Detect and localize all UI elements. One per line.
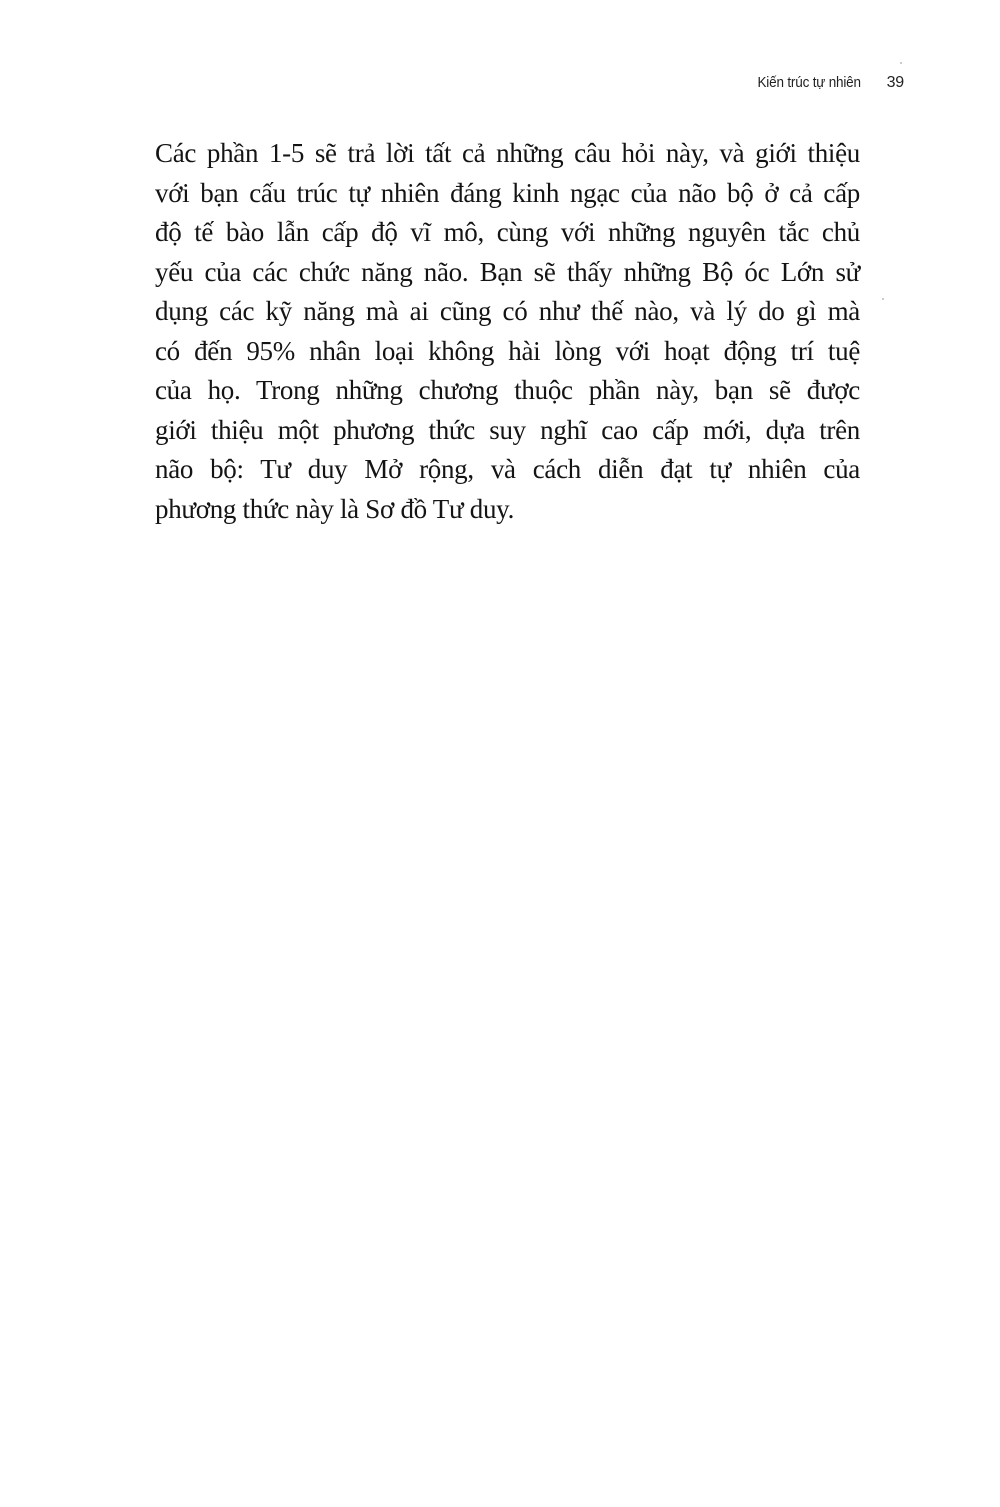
body-paragraph: Các phần 1-5 sẽ trả lời tất cả những câu… bbox=[155, 134, 860, 529]
running-header: Kiến trúc tự nhiên 39 bbox=[746, 74, 904, 92]
paragraph-line: của họ. Trong những chương thuộc phần nà… bbox=[155, 371, 860, 411]
scan-speck bbox=[882, 298, 884, 300]
paragraph-line-last: phương thức này là Sơ đồ Tư duy. bbox=[155, 490, 860, 530]
paragraph-line-text: dụng các kỹ năng mà ai cũng có như thế n… bbox=[155, 292, 860, 332]
paragraph-line: dụng các kỹ năng mà ai cũng có như thế n… bbox=[155, 292, 860, 332]
paragraph-line-text: của họ. Trong những chương thuộc phần nà… bbox=[155, 371, 860, 411]
paragraph-line-text: Các phần 1-5 sẽ trả lời tất cả những câu… bbox=[155, 134, 860, 174]
paragraph-line-text: với bạn cấu trúc tự nhiên đáng kinh ngạc… bbox=[155, 174, 860, 214]
paragraph-line: có đến 95% nhân loại không hài lòng với … bbox=[155, 332, 860, 372]
scan-speck bbox=[900, 62, 902, 64]
paragraph-line: yếu của các chức năng não. Bạn sẽ thấy n… bbox=[155, 253, 860, 293]
paragraph-line: não bộ: Tư duy Mở rộng, và cách diễn đạt… bbox=[155, 450, 860, 490]
paragraph-line-text: phương thức này là Sơ đồ Tư duy. bbox=[155, 490, 860, 530]
chapter-title: Kiến trúc tự nhiên bbox=[757, 74, 860, 91]
paragraph-line: độ tế bào lẫn cấp độ vĩ mô, cùng với nhữ… bbox=[155, 213, 860, 253]
paragraph-line: Các phần 1-5 sẽ trả lời tất cả những câu… bbox=[155, 134, 860, 174]
paragraph-line-text: yếu của các chức năng não. Bạn sẽ thấy n… bbox=[155, 253, 860, 293]
paragraph-line-text: giới thiệu một phương thức suy nghĩ cao … bbox=[155, 411, 860, 451]
paragraph-line-text: có đến 95% nhân loại không hài lòng với … bbox=[155, 332, 860, 372]
paragraph-line: với bạn cấu trúc tự nhiên đáng kinh ngạc… bbox=[155, 174, 860, 214]
paragraph-line-text: não bộ: Tư duy Mở rộng, và cách diễn đạt… bbox=[155, 450, 860, 490]
paragraph-line: giới thiệu một phương thức suy nghĩ cao … bbox=[155, 411, 860, 451]
page-number: 39 bbox=[887, 74, 904, 92]
paragraph-line-text: độ tế bào lẫn cấp độ vĩ mô, cùng với nhữ… bbox=[155, 213, 860, 253]
